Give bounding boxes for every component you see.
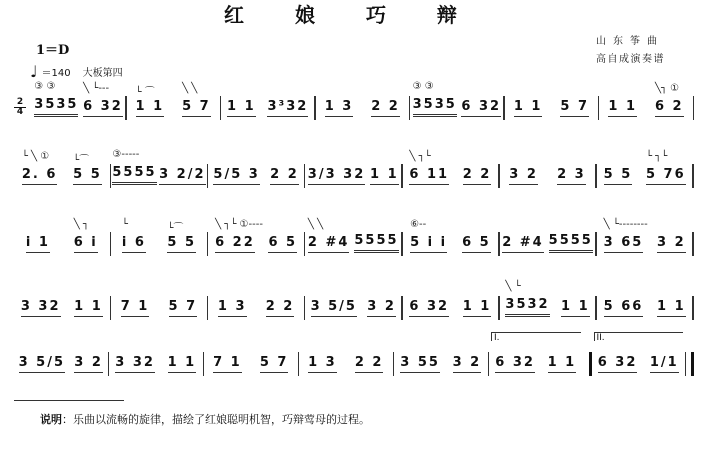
note-group-text: 6 5 [462, 235, 491, 250]
note-group-text: 2 2 [355, 355, 384, 370]
measure: 3 65╲ └--------3 2 [597, 218, 693, 258]
note-group-text: 3 2 [657, 235, 686, 250]
note-group-text: 2 2 [266, 299, 295, 314]
note-group: 2 2 [355, 355, 384, 373]
arranger-label: 高自成演奏谱 [596, 50, 665, 65]
note-group-text: 5 7 [182, 99, 211, 114]
measure: 3 5/53 2 [305, 282, 401, 322]
note-group-text: 5 5 [167, 235, 196, 250]
note-group-text: 3/3 32 [308, 167, 365, 182]
tempo-marking: ♩ ＝140 大板第四 [30, 64, 123, 79]
measure: I.6 321 1 [489, 338, 583, 378]
note-group-text: 6 32 [461, 99, 501, 114]
note-group-text: 5 5 [604, 167, 633, 182]
note-group: 5 7 [260, 355, 289, 373]
note-group: 6 32 [598, 355, 638, 373]
note-group: 3535③ ③ [413, 97, 457, 117]
note-group: 3 2 [509, 167, 538, 185]
measure: 6 321 1 [403, 282, 499, 322]
note-group-text: 3532 [505, 297, 549, 312]
note-group: 3 2 [367, 299, 396, 317]
technique-annotation: ╲ └--- [83, 83, 109, 94]
note-group-text: 1 3 [308, 355, 337, 370]
measure: 3 321 1 [14, 282, 110, 322]
note-group: 1 1 [548, 355, 577, 373]
note-group: 5 7╲ ╲ [182, 99, 211, 117]
note-group: 2 3 [557, 167, 586, 185]
measure: 5555③-----3 2/2 [111, 150, 207, 190]
note-group: 3532╲ └ [505, 297, 549, 317]
note-group: 1 1 [168, 355, 197, 373]
measure: 6 11╲ ┐└2 2 [403, 150, 499, 190]
note-group-text: 3535 [413, 97, 457, 112]
note-group: 2 2 [371, 99, 400, 117]
note-group-text: 2 2 [463, 167, 492, 182]
measure: 1 32 2 [316, 82, 409, 122]
note-group: 2 2 [463, 167, 492, 185]
measure: 1 32 2 [299, 338, 393, 378]
note-group: 6 32 [461, 99, 501, 117]
note-group: 6 32 [495, 355, 535, 373]
footer-divider [14, 400, 124, 401]
note-group: 5 7 [169, 299, 198, 317]
technique-annotation: └ ┐└ [646, 151, 667, 162]
note-group-text: 3 2 [509, 167, 538, 182]
measure: 3532╲ └1 1 [500, 282, 596, 322]
note-group: 3/3 32 [308, 167, 365, 185]
note-group: 1 1 [514, 99, 543, 117]
note-group-text: 6 32 [409, 299, 449, 314]
measure: 5 55 76└ ┐└ [597, 150, 693, 190]
note-group: 1 1 [657, 299, 686, 317]
note-group-text: 2. 6 [22, 167, 58, 182]
note-group-text: 6 2 [655, 99, 684, 114]
measure: 3/3 321 1 [305, 150, 401, 190]
barline [692, 164, 694, 188]
note-group-text: 3535 [34, 97, 78, 112]
note-group: 2 #4╲ ╲ [308, 235, 350, 253]
note-group: 1 3 [308, 355, 337, 373]
note-group-text: 1 1 [657, 299, 686, 314]
note-group-text: 3 32 [115, 355, 155, 370]
repeat-barline [583, 352, 592, 376]
measure: 5 661 1 [597, 282, 693, 322]
note-group-text: 5 7 [169, 299, 198, 314]
key-signature: 1＝D [36, 39, 69, 58]
note-group-text: 3 2 [453, 355, 482, 370]
technique-annotation: ╲ ┐ [74, 219, 89, 230]
note-group-text: 3 5/5 [311, 299, 357, 314]
technique-annotation: ╲ └-------- [604, 219, 648, 230]
score-row: i 16 i╲ ┐i 6└5 5└⌒6 22╲ ┐└ ①----6 52 #4╲… [14, 218, 694, 258]
note-group: 3 2 [657, 235, 686, 253]
note-group-text: 3 65 [604, 235, 644, 250]
origin-label: 山东筝曲 [596, 32, 664, 47]
measure: 3 5/53 2 [14, 338, 108, 378]
note-group: 3 2/2 [159, 167, 205, 185]
note-group: 1 1 [561, 299, 590, 317]
note-group: 6 32 [409, 299, 449, 317]
note-group: 1 1 [370, 167, 399, 185]
note-group: i 6└ [122, 235, 146, 253]
volta-bracket: I. [491, 332, 581, 341]
measure: 3 321 1 [109, 338, 203, 378]
note-group: 6 i╲ ┐ [74, 235, 98, 253]
note-group: 6 32╲ └--- [83, 99, 123, 117]
note-group: 1 1└ ⌒ [136, 99, 165, 117]
barline [692, 296, 694, 320]
note-group: 7 1 [121, 299, 150, 317]
note-group-text: 5 7 [560, 99, 589, 114]
note-group: 3 5/5 [311, 299, 357, 317]
note-group-text: 3 5/5 [19, 355, 65, 370]
note-group-text: 1 1 [514, 99, 543, 114]
technique-annotation: ╲ ╲ [308, 219, 323, 230]
note-group-text: 2 #4 [502, 235, 544, 250]
footer-note: 说明：乐曲以流畅的旋律，描绘了红娘聪明机智，巧辩莺母的过程。 [40, 411, 370, 427]
measure: 2 #45555 [500, 218, 596, 258]
note-group: 1/1 [650, 355, 679, 373]
note-group-text: 3 2/2 [159, 167, 205, 182]
note-group-text: 2 #4 [308, 235, 350, 250]
note-group-text: 5555 [549, 233, 593, 248]
note-group-text: 1 1 [168, 355, 197, 370]
barline [693, 96, 695, 120]
measure: 3 553 2 [394, 338, 488, 378]
note-group: 2 #4 [502, 235, 544, 253]
measure: 2 #4╲ ╲5555 [305, 218, 401, 258]
note-group-text: 7 1 [213, 355, 242, 370]
measure: 5/5 32 2 [208, 150, 304, 190]
volta-bracket: II. [594, 332, 684, 341]
measure: 6 22╲ ┐└ ①----6 5 [208, 218, 304, 258]
note-group-text: 1 1 [463, 299, 492, 314]
note-group: 6 2╲┐ ① [655, 99, 684, 117]
note-group: 5555 [354, 233, 398, 253]
note-group-text: 7 1 [121, 299, 150, 314]
measure: 1 16 2╲┐ ① [599, 82, 692, 122]
measure: II.6 321/1 [592, 338, 686, 378]
note-group: 1 3 [325, 99, 354, 117]
note-group: 3 55 [400, 355, 440, 373]
score-row: 243535③ ③6 32╲ └---1 1└ ⌒5 7╲ ╲1 13³321 … [14, 82, 694, 122]
note-group-text: 6 32 [83, 99, 123, 114]
technique-annotation: ╲ ╲ [182, 83, 197, 94]
note-group: 1 1 [74, 299, 103, 317]
measure: 1 15 7 [505, 82, 598, 122]
note-group: 7 1 [213, 355, 242, 373]
note-group: 5 7 [560, 99, 589, 117]
note-group-text: 3 2 [367, 299, 396, 314]
time-signature: 24 [14, 98, 26, 117]
note-group-text: 6 i [74, 235, 98, 250]
technique-annotation: └ [122, 219, 128, 230]
technique-annotation: ╲┐ ① [655, 83, 679, 94]
note-group-text: 5 76 [646, 167, 686, 182]
note-group: 3 5/5 [19, 355, 65, 373]
note-group: 6 11╲ ┐└ [409, 167, 449, 185]
score-row: 3 5/53 23 321 17 15 71 32 23 553 2I.6 32… [14, 338, 694, 378]
note-group-text: 2 2 [270, 167, 299, 182]
measure: 7 15 7 [111, 282, 207, 322]
note-group: 5 66 [604, 299, 644, 317]
note-group: 3³32 [267, 99, 308, 117]
measure: 1 13³32 [221, 82, 314, 122]
measure: 7 15 7 [204, 338, 298, 378]
quarter-note-icon: ♩ [30, 67, 38, 77]
note-group-text: 6 11 [409, 167, 449, 182]
measure: 2. 6└ ╲ ①5 5└⌒ [14, 150, 110, 190]
note-group-text: 5/5 3 [213, 167, 259, 182]
note-group-text: i 1 [26, 235, 50, 250]
note-group-text: 1 1 [74, 299, 103, 314]
note-group-text: 1 3 [218, 299, 247, 314]
note-group: 5555③----- [112, 165, 156, 185]
note-group: 5 i i⑥-- [410, 235, 447, 253]
note-group-text: 6 5 [268, 235, 297, 250]
technique-annotation: ╲ └ [505, 281, 520, 292]
score-row: 2. 6└ ╲ ①5 5└⌒5555③-----3 2/25/5 32 23/3… [14, 150, 694, 190]
note-group: 5 5 [604, 167, 633, 185]
note-group: 1 1 [608, 99, 637, 117]
note-group-text: 5 7 [260, 355, 289, 370]
note-group-text: 3 55 [400, 355, 440, 370]
note-group: 3 32 [21, 299, 61, 317]
note-group: 2. 6└ ╲ ① [22, 167, 58, 185]
note-group: 5 5└⌒ [73, 167, 102, 185]
note-group-text: 5555 [112, 165, 156, 180]
note-group: 1 1 [463, 299, 492, 317]
note-group-text: 1 1 [370, 167, 399, 182]
technique-annotation: ╲ ┐└ ①---- [215, 219, 263, 230]
measure: 3 22 3 [500, 150, 596, 190]
footer-note-label: 说明 [40, 413, 62, 426]
measure: 1 32 2 [208, 282, 304, 322]
note-group-text: 3³32 [267, 99, 308, 114]
note-group-text: 2 3 [557, 167, 586, 182]
note-group-text: 2 2 [371, 99, 400, 114]
note-group: 6 22╲ ┐└ ①---- [215, 235, 255, 253]
technique-annotation: ③ ③ [34, 81, 55, 92]
note-group-text: 5 5 [73, 167, 102, 182]
note-group-text: i 6 [122, 235, 146, 250]
note-group-text: 6 32 [495, 355, 535, 370]
score-title: 红 娘 巧 辩 [0, 0, 703, 28]
note-group: 3 32 [115, 355, 155, 373]
note-group-text: 5 i i [410, 235, 447, 250]
note-group: 2 2 [270, 167, 299, 185]
note-group: 5555 [549, 233, 593, 253]
note-group-text: 1/1 [650, 355, 679, 370]
note-group-text: 6 32 [598, 355, 638, 370]
note-group-text: 1 1 [548, 355, 577, 370]
note-group-text: 3 2 [74, 355, 103, 370]
tempo-value: ＝140 [42, 64, 71, 79]
final-barline [685, 352, 694, 376]
technique-annotation: └ ╲ ① [22, 151, 49, 162]
note-group: 5 5└⌒ [167, 235, 196, 253]
note-group-text: 5 66 [604, 299, 644, 314]
note-group: 3 2 [74, 355, 103, 373]
note-group: 1 1 [227, 99, 256, 117]
measure: i 6└5 5└⌒ [111, 218, 207, 258]
measure: i 16 i╲ ┐ [14, 218, 110, 258]
note-group-text: 5555 [354, 233, 398, 248]
technique-annotation: └⌒ [73, 151, 89, 166]
technique-annotation: ③----- [112, 149, 139, 160]
note-group: 3 65╲ └-------- [604, 235, 644, 253]
score-row: 3 321 17 15 71 32 23 5/53 26 321 13532╲ … [14, 282, 694, 322]
technique-annotation: └ ⌒ [136, 83, 155, 98]
style-label: 大板第四 [83, 64, 123, 79]
note-group: 3535③ ③ [34, 97, 78, 117]
note-group: 6 5 [268, 235, 297, 253]
barline [692, 232, 694, 256]
technique-annotation: └⌒ [167, 219, 183, 234]
measure: 3535③ ③6 32╲ └--- [32, 82, 125, 122]
note-group-text: 1 1 [227, 99, 256, 114]
note-group: 5 76└ ┐└ [646, 167, 686, 185]
note-group: 6 5 [462, 235, 491, 253]
measure: 1 1└ ⌒5 7╲ ╲ [127, 82, 220, 122]
note-group-text: 1 1 [561, 299, 590, 314]
technique-annotation: ⑥-- [410, 219, 426, 230]
note-group-text: 1 1 [136, 99, 165, 114]
time-signature-top: 2 [14, 98, 26, 107]
note-group-text: 1 1 [608, 99, 637, 114]
technique-annotation: ③ ③ [413, 81, 434, 92]
note-group-text: 6 22 [215, 235, 255, 250]
note-group: 1 3 [218, 299, 247, 317]
measure: 3535③ ③6 32 [410, 82, 503, 122]
note-group-text: 3 32 [21, 299, 61, 314]
technique-annotation: ╲ ┐└ [409, 151, 430, 162]
note-group: 5/5 3 [213, 167, 259, 185]
time-signature-bottom: 4 [14, 107, 26, 117]
footer-note-text: ：乐曲以流畅的旋律，描绘了红娘聪明机智，巧辩莺母的过程。 [62, 413, 370, 426]
note-group: 3 2 [453, 355, 482, 373]
note-group-text: 1 3 [325, 99, 354, 114]
note-group: 2 2 [266, 299, 295, 317]
note-group: i 1 [26, 235, 50, 253]
measure: 5 i i⑥--6 5 [403, 218, 499, 258]
